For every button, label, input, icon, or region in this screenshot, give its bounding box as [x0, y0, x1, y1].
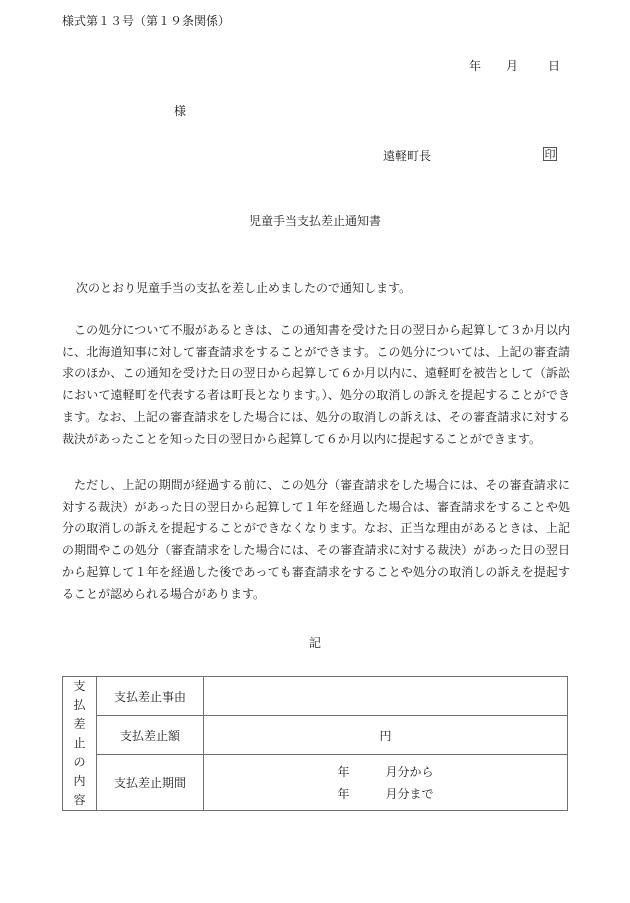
group-label-char: 止 [63, 734, 96, 753]
period-value-field[interactable]: 年月分から 年月分まで [204, 755, 568, 811]
group-label-char: 内 [63, 772, 96, 791]
amount-label: 支払差止額 [97, 716, 204, 755]
recipient-suffix: 様 [174, 102, 186, 119]
group-label-vertical: 支 払 差 止 の 内 容 [63, 677, 97, 811]
appeal-paragraph: この処分について不服があるときは、この通知書を受けた日の翌日から起算して３か月以… [62, 320, 570, 450]
period-to-month: 月分まで [385, 787, 433, 801]
reason-value-field[interactable] [204, 677, 568, 716]
group-label-char: 差 [63, 715, 96, 734]
date-year-label: 年 [469, 57, 506, 74]
ki-heading: 記 [0, 634, 630, 651]
group-label-char: 支 [63, 677, 96, 696]
form-number: 様式第１３号（第１９条関係） [62, 12, 230, 29]
date-day-label: 日 [548, 57, 560, 74]
reason-label: 支払差止事由 [97, 677, 204, 716]
issuer-name: 遠軽町長 [383, 147, 431, 164]
date-line: 年月日 [469, 57, 560, 74]
period-label: 支払差止期間 [97, 755, 204, 811]
group-label-char: の [63, 753, 96, 772]
deadline-paragraph: ただし、上記の期間が経過する前に、この処分（審査請求をした場合には、その審査請求… [62, 475, 570, 605]
period-to-year: 年 [337, 783, 385, 805]
document-title: 児童手当支払差止通知書 [0, 212, 630, 229]
date-month-label: 月 [506, 57, 548, 74]
table-row: 支払差止期間 年月分から 年月分まで [63, 755, 568, 811]
table-row: 支 払 差 止 の 内 容 支払差止事由 [63, 677, 568, 716]
seal-icon: 印 [543, 147, 557, 161]
period-from-year: 年 [337, 761, 385, 783]
group-label-char: 払 [63, 696, 96, 715]
period-from-month: 月分から [385, 765, 433, 779]
period-from: 年月分から [204, 761, 567, 783]
intro-text: 次のとおり児童手当の支払を差し止めましたので通知します。 [76, 279, 411, 296]
period-to: 年月分まで [204, 783, 567, 805]
group-label-char: 容 [63, 791, 96, 810]
suspension-details-table: 支 払 差 止 の 内 容 支払差止事由 支払差止額 円 支払差止期間 年月分か… [62, 676, 568, 811]
table-row: 支払差止額 円 [63, 716, 568, 755]
amount-value-field[interactable]: 円 [204, 716, 568, 755]
